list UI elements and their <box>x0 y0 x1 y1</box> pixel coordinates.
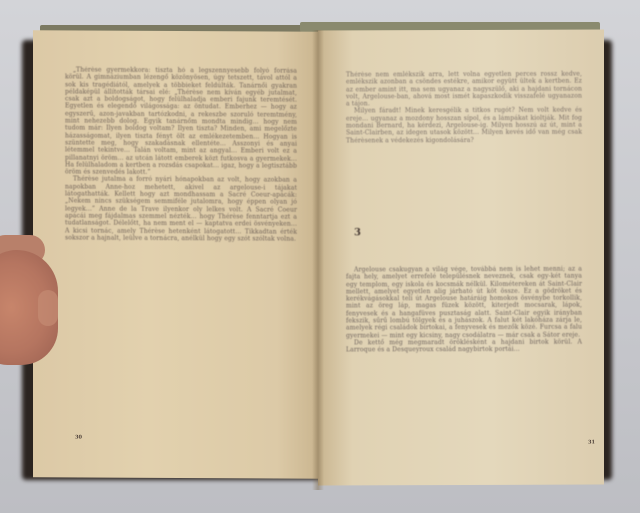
book-gutter <box>312 30 324 490</box>
right-page: Thérèse nem emlékszik arra, lett volna e… <box>318 30 604 486</box>
right-page-text-bottom: Argelouse csakugyan a világ vége, tovább… <box>346 266 582 354</box>
paragraph: Argelouse csakugyan a világ vége, tovább… <box>346 266 582 340</box>
paragraph: De kettő még megmaradt öröklésként a haj… <box>346 339 582 354</box>
paragraph: „Thérèse gyermekkora: tiszta hó a legsze… <box>65 66 297 177</box>
left-page: „Thérèse gyermekkora: tiszta hó a legsze… <box>33 30 320 479</box>
page-number-left: 30 <box>75 434 82 440</box>
paragraph: Milyen fáradt! Minek keresgélik a titkos… <box>346 107 582 144</box>
left-page-text: „Thérèse gyermekkora: tiszta hó a legsze… <box>65 66 297 242</box>
thumbnail-highlight <box>38 290 58 326</box>
right-page-text-top: Thérèse nem emlékszik arra, lett volna e… <box>346 71 582 145</box>
paragraph: Thérèse jutalma a forró nyári hónapokban… <box>65 176 297 243</box>
chapter-number: 3 <box>354 227 361 238</box>
paragraph: Thérèse nem emlékszik arra, lett volna e… <box>346 71 582 108</box>
page-number-right: 31 <box>588 440 595 446</box>
